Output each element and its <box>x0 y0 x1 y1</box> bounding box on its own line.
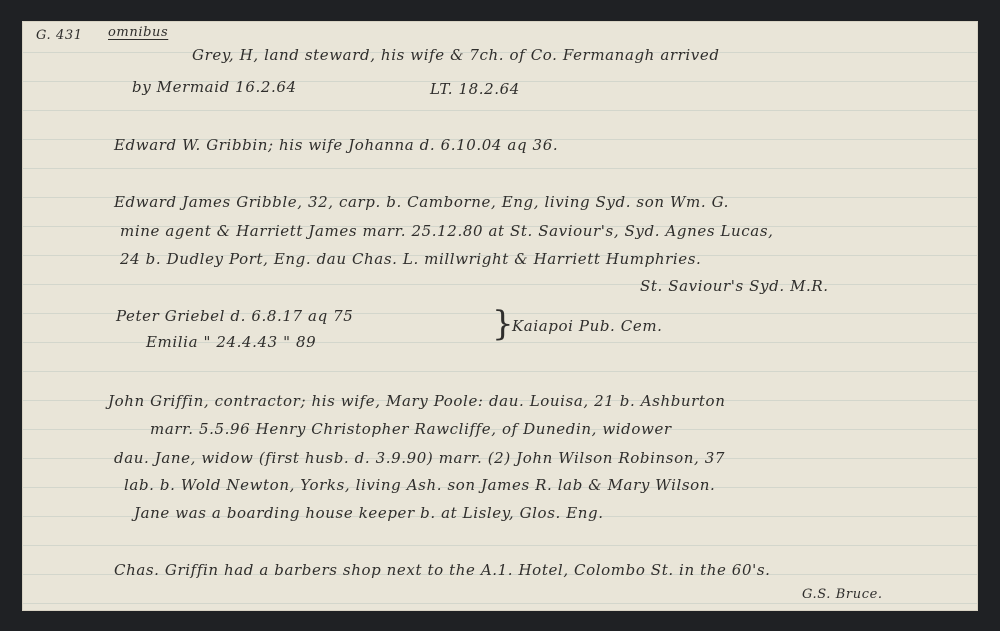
entry-griebel-line-1: Peter Griebel d. 6.8.17 aq 75 <box>116 307 353 325</box>
card-category: omnibus <box>108 24 168 42</box>
entry-gribble-line-1: Edward James Gribble, 32, carp. b. Cambo… <box>114 193 729 211</box>
brace-icon: } <box>492 307 514 341</box>
card-reference: G. 431 <box>36 27 83 45</box>
entry-griffin-line-4: lab. b. Wold Newton, Yorks, living Ash. … <box>124 476 715 494</box>
entry-grey-line-2: by Mermaid 16.2.64 <box>132 78 297 96</box>
entry-chas-griffin-line-1: Chas. Griffin had a barbers shop next to… <box>114 561 771 579</box>
entry-gribbin-line-1: Edward W. Gribbin; his wife Johanna d. 6… <box>114 136 558 154</box>
entry-griffin-line-1: John Griffin, contractor; his wife, Mary… <box>108 392 725 410</box>
entry-gribble-line-3: 24 b. Dudley Port, Eng. dau Chas. L. mil… <box>120 250 701 268</box>
entry-griebel-line-2: Emilia " 24.4.43 " 89 <box>146 333 316 351</box>
entry-griffin-line-5: Jane was a boarding house keeper b. at L… <box>134 504 604 522</box>
index-card: G. 431 omnibus Grey, H, land steward, hi… <box>22 21 978 611</box>
entry-chas-griffin-signature: G.S. Bruce. <box>802 586 883 604</box>
entry-griffin-line-3: dau. Jane, widow (first husb. d. 3.9.90)… <box>114 449 725 467</box>
entry-griffin-line-2: marr. 5.5.96 Henry Christopher Rawcliffe… <box>150 420 672 438</box>
entry-grey-line-3: LT. 18.2.64 <box>430 80 520 98</box>
entry-grey-line-1: Grey, H, land steward, his wife & 7ch. o… <box>192 46 720 64</box>
entry-gribble-line-2: mine agent & Harriett James marr. 25.12.… <box>120 222 774 240</box>
entry-griebel-cemetery: Kaiapoi Pub. Cem. <box>512 317 663 335</box>
entry-gribble-line-4: St. Saviour's Syd. M.R. <box>640 277 829 295</box>
